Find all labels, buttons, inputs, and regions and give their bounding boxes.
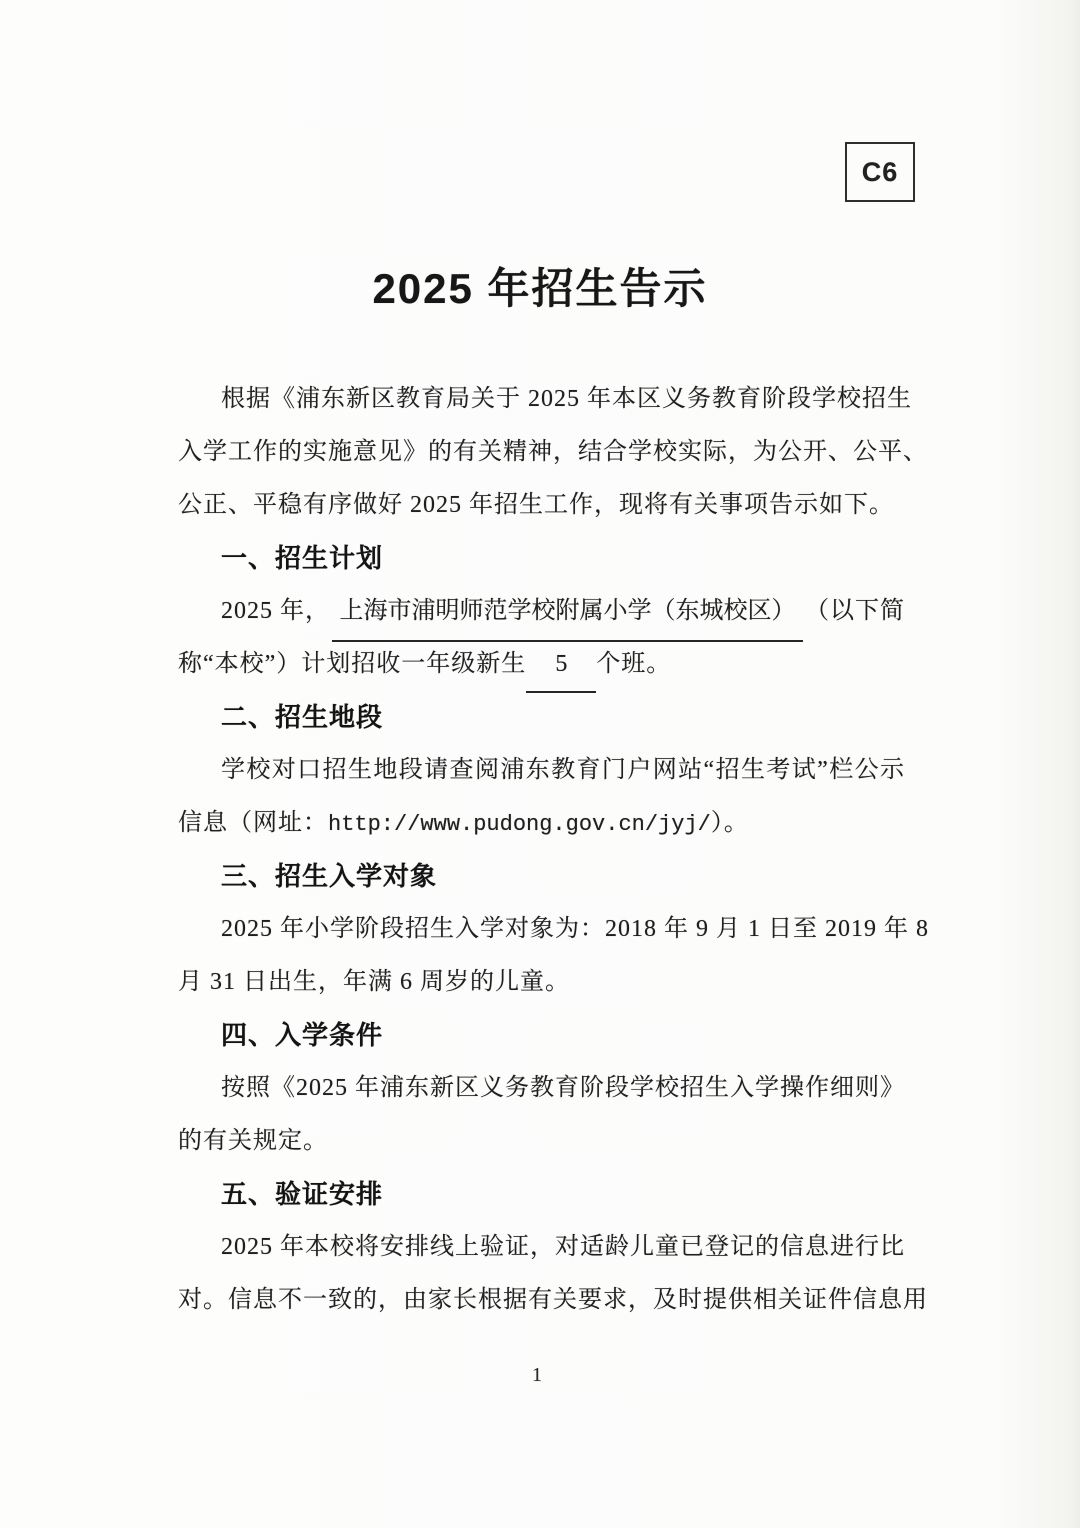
- enrollment-plan-line-1: 2025 年， 上海市浦明师范学校附属小学（东城校区） （以下简: [178, 585, 905, 638]
- section-3-heading: 三、招生入学对象: [178, 850, 905, 903]
- intro-line-3: 公正、平稳有序做好 2025 年招生工作，现将有关事项告示如下。: [178, 479, 905, 532]
- section-1-heading: 一、招生计划: [178, 532, 905, 585]
- section-5-heading: 五、验证安排: [178, 1168, 905, 1221]
- district-line-2: 信息（网址：http://www.pudong.gov.cn/jyj/）。: [178, 797, 905, 850]
- verification-line-1: 2025 年本校将安排线上验证，对适龄儿童已登记的信息进行比: [178, 1221, 905, 1274]
- document-body: 根据《浦东新区教育局关于 2025 年本区义务教育阶段学校招生 入学工作的实施意…: [178, 373, 905, 1327]
- conditions-line-1: 按照《2025 年浦东新区义务教育阶段学校招生入学操作细则》: [178, 1062, 905, 1115]
- class-count-suffix: 个班。: [596, 651, 671, 677]
- eligibility-line-2: 月 31 日出生，年满 6 周岁的儿童。: [178, 956, 905, 1009]
- conditions-line-2: 的有关规定。: [178, 1115, 905, 1168]
- website-url: http://www.pudong.gov.cn/jyj/: [328, 812, 711, 837]
- page-number: 1: [0, 1364, 1074, 1387]
- eligibility-line-1: 2025 年小学阶段招生入学对象为：2018 年 9 月 1 日至 2019 年…: [178, 903, 905, 956]
- section-4-heading: 四、入学条件: [178, 1009, 905, 1062]
- document-page: C6 2025 年招生告示 根据《浦东新区教育局关于 2025 年本区义务教育阶…: [0, 0, 1080, 1528]
- enrollment-plan-prefix: 2025 年，: [221, 585, 330, 638]
- intro-line-1: 根据《浦东新区教育局关于 2025 年本区义务教育阶段学校招生: [178, 373, 905, 426]
- form-code-box: C6: [845, 142, 915, 202]
- district-line-1: 学校对口招生地段请查阅浦东教育门户网站“招生考试”栏公示: [178, 744, 905, 797]
- class-count-blank: 5: [526, 638, 596, 693]
- section-2-heading: 二、招生地段: [178, 691, 905, 744]
- website-suffix: ）。: [711, 810, 749, 836]
- class-count-prefix: 称“本校”）计划招收一年级新生: [178, 651, 526, 677]
- intro-line-2: 入学工作的实施意见》的有关精神，结合学校实际，为公开、公平、: [178, 426, 905, 479]
- form-code-label: C6: [862, 157, 899, 188]
- school-name-blank: 上海市浦明师范学校附属小学（东城校区）: [332, 585, 803, 642]
- verification-line-2: 对。信息不一致的，由家长根据有关要求，及时提供相关证件信息用: [178, 1274, 905, 1327]
- document-title: 2025 年招生告示: [0, 261, 1080, 317]
- enrollment-plan-suffix: （以下简: [805, 585, 905, 638]
- enrollment-plan-line-2: 称“本校”）计划招收一年级新生5个班。: [178, 638, 905, 691]
- website-prefix: 信息（网址：: [178, 810, 328, 836]
